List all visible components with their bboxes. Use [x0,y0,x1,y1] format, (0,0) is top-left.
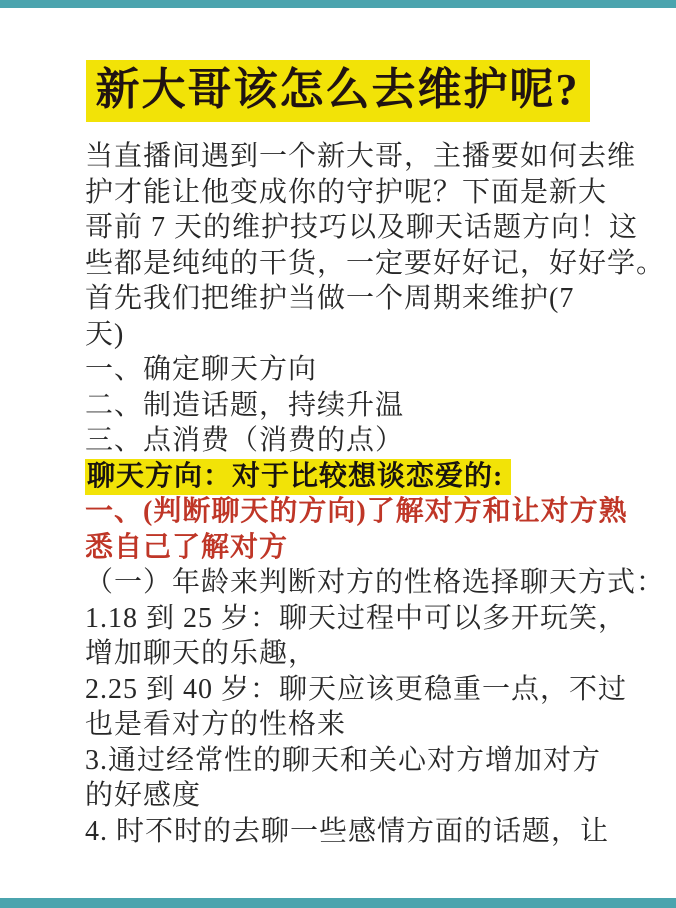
text-line: 一、(判断聊天的方向)了解对方和让对方熟 [85,494,604,530]
text-line: 一、确定聊天方向 [85,352,604,388]
text-line: 2.25 到 40 岁：聊天应该更稳重一点，不过 [85,672,604,708]
text-line-text: 首先我们把维护当做一个周期来维护(7 [85,283,574,314]
title-row: 新大哥该怎么去维护呢? [71,60,604,122]
text-line: 1.18 到 25 岁：聊天过程中可以多开玩笑， [85,601,604,637]
text-line: 二、制造话题，持续升温 [85,388,604,424]
text-line-text: 一、确定聊天方向 [85,354,317,385]
text-line: 当直播间遇到一个新大哥，主播要如何去维 [85,139,604,175]
text-line-text: 悉自己了解对方 [85,532,288,563]
text-line: 的好感度 [85,778,604,814]
text-line: 天) [85,317,604,353]
text-line: 些都是纯纯的干货，一定要好好记，好好学。 [85,246,604,282]
text-line-text: 1.18 到 25 岁：聊天过程中可以多开玩笑， [85,603,627,634]
text-line-text: 三、点消费（消费的点） [85,425,404,456]
article-page: 新大哥该怎么去维护呢? 当直播间遇到一个新大哥，主播要如何去维护才能让他变成你的… [0,8,676,898]
text-line-text: 也是看对方的性格来 [85,709,346,740]
text-line: 悉自己了解对方 [85,530,604,566]
text-line: 4. 时不时的去聊一些感情方面的话题，让 [85,814,604,850]
text-line: 也是看对方的性格来 [85,707,604,743]
text-line-text: 一、(判断聊天的方向)了解对方和让对方熟 [85,496,628,527]
text-line-text: 3.通过经常性的聊天和关心对方增加对方 [85,745,601,776]
text-line: 增加聊天的乐趣， [85,636,604,672]
text-line-text: 聊天方向：对于比较想谈恋爱的: [85,459,511,495]
top-edge-bar [0,0,676,8]
text-line: 三、点消费（消费的点） [85,423,604,459]
text-line-text: 些都是纯纯的干货，一定要好好记，好好学。 [85,248,665,279]
bottom-edge-bar [0,898,676,908]
text-line-text: 当直播间遇到一个新大哥，主播要如何去维 [85,141,636,172]
text-line-text: 2.25 到 40 岁：聊天应该更稳重一点，不过 [85,674,627,705]
text-line: 哥前 7 天的维护技巧以及聊天话题方向！这 [85,210,604,246]
text-line-text: 增加聊天的乐趣， [85,638,317,669]
text-line: 聊天方向：对于比较想谈恋爱的: [85,459,604,495]
text-line: 护才能让他变成你的守护呢？下面是新大 [85,175,604,211]
text-line-text: 二、制造话题，持续升温 [85,390,404,421]
text-line-text: 4. 时不时的去聊一些感情方面的话题，让 [85,816,609,847]
text-line-text: （一）年龄来判断对方的性格选择聊天方式： [85,567,665,598]
text-line-text: 的好感度 [85,780,201,811]
text-line: 3.通过经常性的聊天和关心对方增加对方 [85,743,604,779]
text-line: 首先我们把维护当做一个周期来维护(7 [85,281,604,317]
text-line-text: 哥前 7 天的维护技巧以及聊天话题方向！这 [85,212,638,243]
text-line-text: 护才能让他变成你的守护呢？下面是新大 [85,177,607,208]
page-title: 新大哥该怎么去维护呢? [86,60,590,122]
text-line: （一）年龄来判断对方的性格选择聊天方式： [85,565,604,601]
article-body: 当直播间遇到一个新大哥，主播要如何去维护才能让他变成你的守护呢？下面是新大哥前 … [85,139,604,849]
text-line-text: 天) [85,319,124,350]
